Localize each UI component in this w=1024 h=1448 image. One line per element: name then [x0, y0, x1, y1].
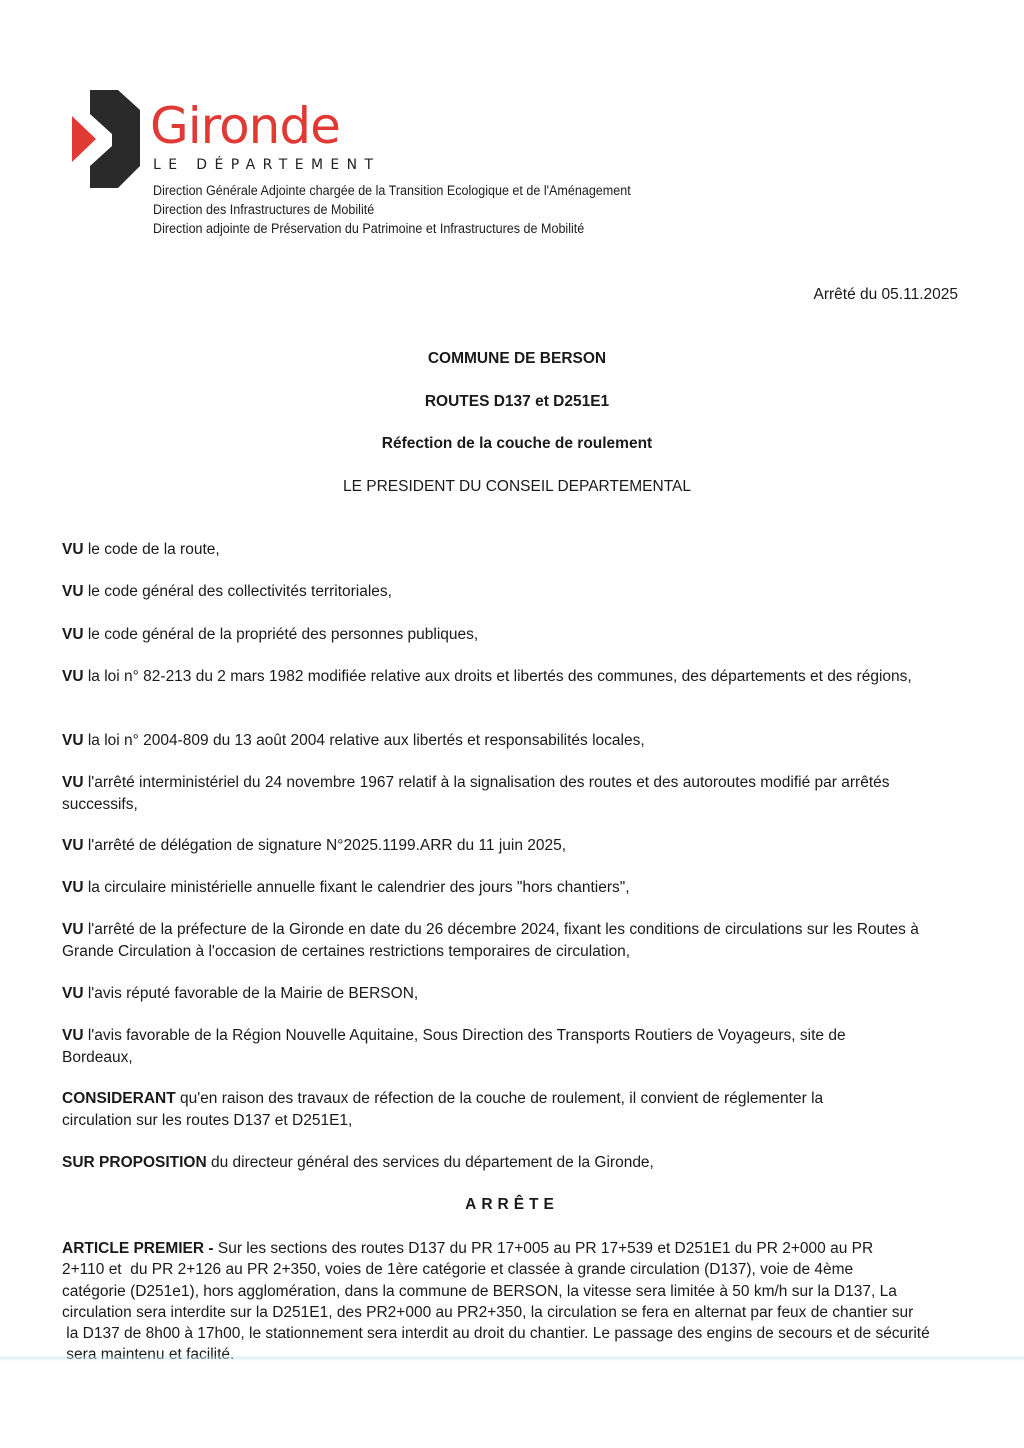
visa-text: la loi n° 82-213 du 2 mars 1982 modifiée… [84, 668, 912, 685]
proposition-item: SUR PROPOSITION du directeur général des… [62, 1152, 962, 1174]
article-line: ARTICLE PREMIER - Sur les sections des r… [62, 1238, 1002, 1259]
direction-line: Direction adjointe de Préservation du Pa… [153, 219, 631, 238]
visa-keyword: VU [62, 879, 84, 896]
visa-item: VU le code de la route, [62, 539, 962, 561]
visa-keyword: VU [62, 541, 84, 558]
considerant-text: qu'en raison des travaux de réfection de… [62, 1090, 823, 1129]
visa-text: la circulaire ministérielle annuelle fix… [84, 879, 630, 896]
proposition-text: du directeur général des services du dép… [207, 1154, 654, 1171]
visa-item: VU l'avis réputé favorable de la Mairie … [62, 983, 962, 1005]
visa-item: VU l'arrêté de délégation de signature N… [62, 835, 962, 857]
visa-item: VU le code général de la propriété des p… [62, 624, 962, 646]
visa-text: l'arrêté de la préfecture de la Gironde … [62, 921, 919, 960]
visa-item: VU le code général des collectivités ter… [62, 581, 962, 603]
visa-keyword: VU [62, 774, 84, 791]
document-page: Gironde LE DÉPARTEMENT Direction Général… [0, 0, 1024, 1448]
objet-title: Réfection de la couche de roulement [0, 434, 1024, 454]
brand-name: Gironde [150, 98, 340, 154]
direction-line: Direction Générale Adjointe chargée de l… [153, 181, 631, 200]
visa-keyword: VU [62, 1027, 84, 1044]
visa-item: VU l'avis favorable de la Région Nouvell… [62, 1025, 912, 1068]
scan-artifact-band [0, 1355, 1024, 1361]
visa-keyword: VU [62, 985, 84, 1002]
visa-item: VU la loi n° 82-213 du 2 mars 1982 modif… [62, 666, 956, 688]
brand-subtitle: LE DÉPARTEMENT [153, 156, 381, 174]
visa-keyword: VU [62, 921, 84, 938]
visa-keyword: VU [62, 837, 84, 854]
directions-block: Direction Générale Adjointe chargée de l… [153, 181, 631, 238]
visa-text: l'arrêté interministériel du 24 novembre… [62, 774, 890, 813]
visa-item: VU la loi n° 2004-809 du 13 août 2004 re… [62, 730, 962, 752]
arrete-date: Arrêté du 05.11.2025 [814, 285, 959, 305]
autorite-title: LE PRESIDENT DU CONSEIL DEPARTEMENTAL [0, 477, 1024, 497]
visa-text: l'avis réputé favorable de la Mairie de … [84, 985, 419, 1002]
visa-text: le code général de la propriété des pers… [84, 626, 479, 643]
arrete-heading: ARRÊTE [0, 1195, 1024, 1215]
article-keyword: ARTICLE PREMIER - [62, 1240, 218, 1257]
article-line: la D137 de 8h00 à 17h00, le stationnemen… [62, 1323, 1002, 1344]
direction-line: Direction des Infrastructures de Mobilit… [153, 200, 631, 219]
routes-title: ROUTES D137 et D251E1 [0, 392, 1024, 412]
visa-text: le code de la route, [84, 541, 220, 558]
visa-keyword: VU [62, 626, 84, 643]
visa-text: l'avis favorable de la Région Nouvelle A… [62, 1027, 846, 1066]
visa-keyword: VU [62, 583, 84, 600]
visa-item: VU l'arrêté de la préfecture de la Giron… [62, 919, 922, 962]
article-line: circulation sera interdite sur la D251E1… [62, 1302, 1002, 1323]
article-line: 2+110 et du PR 2+126 au PR 2+350, voies … [62, 1259, 1002, 1280]
visa-keyword: VU [62, 668, 84, 685]
visa-item: VU la circulaire ministérielle annuelle … [62, 877, 962, 899]
commune-title: COMMUNE DE BERSON [0, 349, 1024, 369]
gironde-logo-icon [72, 90, 142, 188]
visa-text: la loi n° 2004-809 du 13 août 2004 relat… [84, 732, 645, 749]
considerant-item: CONSIDERANT qu'en raison des travaux de … [62, 1088, 892, 1131]
visa-text: l'arrêté de délégation de signature N°20… [84, 837, 567, 854]
proposition-keyword: SUR PROPOSITION [62, 1154, 207, 1171]
visa-item: VU l'arrêté interministériel du 24 novem… [62, 772, 962, 815]
article-premier: ARTICLE PREMIER - Sur les sections des r… [62, 1238, 1002, 1366]
visa-text: le code général des collectivités territ… [84, 583, 392, 600]
article-line: catégorie (D251e1), hors agglomération, … [62, 1281, 1002, 1302]
considerant-keyword: CONSIDERANT [62, 1090, 176, 1107]
visa-keyword: VU [62, 732, 84, 749]
